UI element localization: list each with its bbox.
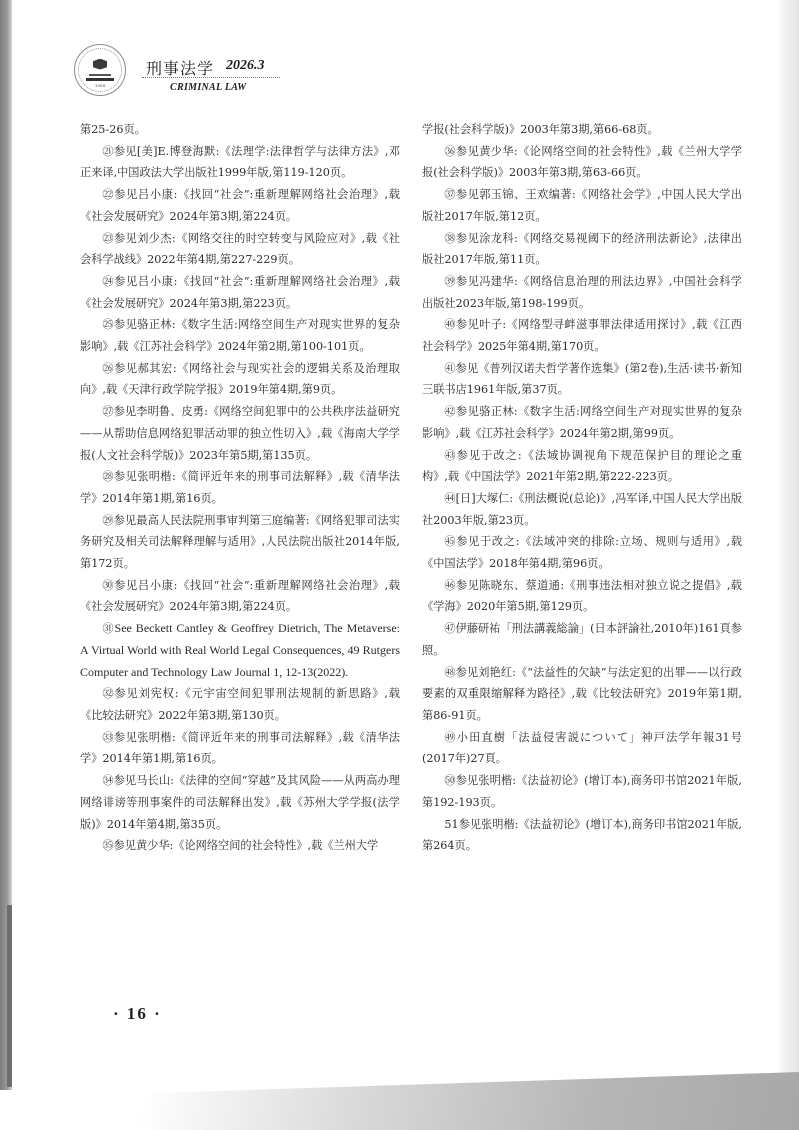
footnote-text: 参见郭玉锦、王欢编著:《网络社会学》,中国人民大学出版社2017年版,第12页。 [422, 188, 742, 223]
footnote-list: ㊱参见黄少华:《论网络空间的社会特性》,载《兰州大学学报(社会科学版)》2003… [422, 141, 742, 857]
journal-page: 1958 刑事法学 2026.3 CRIMINAL LAW 第25-26页。 ㉑… [0, 0, 799, 1130]
footnote: ㊳参见涂龙科:《网络交易视阈下的经济刑法新论》,法律出版社2017年版,第11页… [422, 228, 742, 271]
footnote: ㊸参见于改之:《法域协调视角下规范保护目的理论之重构》,载《中国法学》2021年… [422, 445, 742, 488]
footnote: ㊽参见刘艳红:《“法益性的欠缺”与法定犯的出罪——以行政要素的双重限缩解释为路径… [422, 662, 742, 727]
footnote-text: 参见刘艳红:《“法益性的欠缺”与法定犯的出罪——以行政要素的双重限缩解释为路径》… [422, 666, 742, 722]
footnote-number: ㉚ [102, 579, 114, 592]
footnote-number: ㊸ [444, 449, 456, 462]
footnote-number: ㉝ [102, 731, 114, 744]
footnote: ㊿参见张明楷:《法益初论》(增订本),商务印书馆2021年版,第192-193页… [422, 770, 742, 813]
footnote: ㉘参见张明楷:《简评近年来的刑事司法解释》,载《清华法学》2014年第1期,第1… [80, 466, 400, 509]
footnote-number: ㊻ [444, 579, 456, 592]
footnotes-left-column: 第25-26页。 ㉑参见[美]E.博登海默:《法理学:法律哲学与法律方法》,邓正… [80, 119, 400, 857]
footnote: ㊶参见《普列汉诺夫哲学著作选集》(第2卷),生活·读书·新知三联书店1961年版… [422, 358, 742, 401]
footnote-text: 参见最高人民法院刑事审判第三庭编著:《网络犯罪司法实务研究及相关司法解释理解与适… [80, 514, 400, 570]
footnote-text: 参见张明楷:《法益初论》(增订本),商务印书馆2021年版,第264页。 [422, 818, 742, 853]
footnote-number: ㉞ [102, 774, 113, 787]
footnote-number: ㊿ [444, 774, 455, 787]
footnote-text: 参见刘少杰:《网络交往的时空转变与风险应对》,载《社会科学战线》2022年第4期… [80, 232, 400, 267]
footnote: ㉝参见张明楷:《简评近年来的刑事司法解释》,载《清华法学》2014年第1期,第1… [80, 727, 400, 770]
footnote-text: 参见骆正林:《数字生活:网络空间生产对现实世界的复杂影响》,载《江苏社会科学》2… [422, 405, 742, 440]
scan-edge-left-shadow [7, 905, 12, 1087]
footnote-number: ㉖ [102, 362, 114, 375]
footnote: ㊴参见冯建华:《网络信息治理的刑法边界》,中国社会科学出版社2023年版,第19… [422, 271, 742, 314]
footnote-number: 51 [444, 818, 458, 831]
journal-issue: 2026.3 [226, 58, 265, 74]
footnote-text: 参见李明鲁、皮勇:《网络空间犯罪中的公共秩序法益研究——从帮助信息网络犯罪活动罪… [80, 405, 400, 461]
footnote-number: ㊴ [444, 275, 456, 288]
footnote: ㉖参见郝其宏:《网络社会与现实社会的逻辑关系及治理取向》,载《天津行政学院学报》… [80, 358, 400, 401]
footnote-text: 参见叶子:《网络型寻衅滋事罪法律适用探讨》,载《江西社会科学》2025年第4期,… [422, 318, 742, 353]
footnotes-right-column: 学报(社会科学版)》2003年第3期,第66-68页。 ㊱参见黄少华:《论网络空… [422, 119, 742, 857]
footnote-text: 参见于改之:《法域冲突的排除:立场、规则与适用》,载《中国法学》2018年第4期… [422, 535, 742, 570]
footnote-number: ㊶ [444, 362, 455, 375]
footnote: ㉛See Beckett Cantley & Geoffrey Dietrich… [80, 618, 400, 683]
scan-edge-bottom [0, 1072, 799, 1130]
footnote: ㊻参见陈晓东、蔡道通:《刑事违法相对独立说之提倡》,载《学海》2020年第5期,… [422, 575, 742, 618]
footnote-text: 参见刘宪权:《元宇宙空间犯罪刑法规制的新思路》,载《比较法研究》2022年第3期… [80, 687, 400, 722]
footnote-text: 参见陈晓东、蔡道通:《刑事违法相对独立说之提倡》,载《学海》2020年第5期,第… [422, 579, 742, 614]
footnote-text: 参见张明楷:《简评近年来的刑事司法解释》,载《清华法学》2014年第1期,第16… [80, 470, 400, 505]
footnote-text: 参见骆正林:《数字生活:网络空间生产对现实世界的复杂影响》,载《江苏社会科学》2… [80, 318, 400, 353]
footnote-number: ㊼ [444, 622, 455, 635]
footnote-continuation: 第25-26页。 [80, 119, 400, 141]
footnote-text: 参见[美]E.博登海默:《法理学:法律哲学与法律方法》,邓正来译,中国政法大学出… [80, 145, 400, 180]
footnote-text: 参见于改之:《法域协调视角下规范保护目的理论之重构》,载《中国法学》2021年第… [422, 449, 742, 484]
footnote: ㉙参见最高人民法院刑事审判第三庭编著:《网络犯罪司法实务研究及相关司法解释理解与… [80, 510, 400, 575]
footnote-number: ㉓ [102, 232, 114, 245]
footnote: ㊹[日]大塚仁:《刑法概说(总论)》,冯军译,中国人民大学出版社2003年版,第… [422, 488, 742, 531]
footnote-number: ㊽ [444, 666, 455, 679]
footnote: ㊺参见于改之:《法域冲突的排除:立场、规则与适用》,载《中国法学》2018年第4… [422, 531, 742, 574]
footnote: ㊵参见叶子:《网络型寻衅滋事罪法律适用探讨》,载《江西社会科学》2025年第4期… [422, 314, 742, 357]
footnote-number: ㉛ [102, 622, 114, 635]
footnote: ㊾小田直樹「法益侵害説について」神戸法学年報31号(2017年)27頁。 [422, 727, 742, 770]
footnote-text: 参见吕小康:《找回“社会”:重新理解网络社会治理》,载《社会发展研究》2024年… [80, 188, 400, 223]
footnote: ㊷参见骆正林:《数字生活:网络空间生产对现实世界的复杂影响》,载《江苏社会科学》… [422, 401, 742, 444]
footnote-number: ㊳ [444, 232, 456, 245]
footnote-number: ㊱ [444, 145, 456, 158]
footnote-number: ㉕ [102, 318, 114, 331]
footnote-number: ㊺ [444, 535, 456, 548]
footnote-text: See Beckett Cantley & Geoffrey Dietrich,… [80, 621, 400, 678]
footnote: ㉑参见[美]E.博登海默:《法理学:法律哲学与法律方法》,邓正来译,中国政法大学… [80, 141, 400, 184]
footnote-text: 参见《普列汉诺夫哲学著作选集》(第2卷),生活·读书·新知三联书店1961年版,… [422, 362, 742, 397]
footnote-text: 伊藤研祐「刑法講義総論」(日本評論社,2010年)161頁参照。 [422, 622, 742, 657]
institution-seal-icon: 1958 [74, 44, 126, 96]
page-number: · 16 · [113, 1004, 162, 1024]
footnote-text: 参见黄少华:《论网络空间的社会特性》,载《兰州大学 [114, 839, 379, 852]
footnote-text: [日]大塚仁:《刑法概说(总论)》,冯军译,中国人民大学出版社2003年版,第2… [422, 492, 742, 527]
footnote-number: ㊹ [444, 492, 455, 505]
footnote-number: ㉜ [102, 687, 114, 700]
footnote-continuation: 学报(社会科学版)》2003年第3期,第66-68页。 [422, 119, 742, 141]
footnote-text: 参见吕小康:《找回“社会”:重新理解网络社会治理》,载《社会发展研究》2024年… [80, 275, 400, 310]
footnote-number: ㉔ [102, 275, 114, 288]
footnote: 51参见张明楷:《法益初论》(增订本),商务印书馆2021年版,第264页。 [422, 814, 742, 857]
footnote: ㊼伊藤研祐「刑法講義総論」(日本評論社,2010年)161頁参照。 [422, 618, 742, 661]
footnote-list: ㉑参见[美]E.博登海默:《法理学:法律哲学与法律方法》,邓正来译,中国政法大学… [80, 141, 400, 857]
footnote-text: 小田直樹「法益侵害説について」神戸法学年報31号(2017年)27頁。 [422, 731, 742, 766]
journal-title-en: CRIMINAL LAW [170, 82, 247, 93]
footnote-text: 参见黄少华:《论网络空间的社会特性》,载《兰州大学学报(社会科学版)》2003年… [422, 145, 742, 180]
scan-edge-right [777, 0, 799, 1078]
footnote: ㉗参见李明鲁、皮勇:《网络空间犯罪中的公共秩序法益研究——从帮助信息网络犯罪活动… [80, 401, 400, 466]
journal-title: 刑事法学 [146, 56, 214, 79]
footnote: ㉒参见吕小康:《找回“社会”:重新理解网络社会治理》,载《社会发展研究》2024… [80, 184, 400, 227]
footnote: ㉓参见刘少杰:《网络交往的时空转变与风险应对》,载《社会科学战线》2022年第4… [80, 228, 400, 271]
header-divider [142, 77, 280, 78]
footnote-number: ㉙ [102, 514, 113, 527]
footnote-number: ㉒ [102, 188, 114, 201]
footnote-number: ㉟ [102, 839, 113, 852]
footnote: ㉕参见骆正林:《数字生活:网络空间生产对现实世界的复杂影响》,载《江苏社会科学》… [80, 314, 400, 357]
footnote: ㉟参见黄少华:《论网络空间的社会特性》,载《兰州大学 [80, 835, 400, 857]
footnote-text: 参见马长山:《法律的空间“穿越”及其风险——从两高办理网络诽谤等刑事案件的司法解… [80, 774, 400, 830]
footnote: ㉔参见吕小康:《找回“社会”:重新理解网络社会治理》,载《社会发展研究》2024… [80, 271, 400, 314]
footnote-number: ㉘ [102, 470, 114, 483]
footnote: ㉜参见刘宪权:《元宇宙空间犯罪刑法规制的新思路》,载《比较法研究》2022年第3… [80, 683, 400, 726]
footnote: ㉞参见马长山:《法律的空间“穿越”及其风险——从两高办理网络诽谤等刑事案件的司法… [80, 770, 400, 835]
footnote-number: ㊾ [444, 731, 456, 744]
footnote-number: ㉗ [102, 405, 113, 418]
footnote-text: 参见吕小康:《找回“社会”:重新理解网络社会治理》,载《社会发展研究》2024年… [80, 579, 400, 614]
footnote-text: 参见郝其宏:《网络社会与现实社会的逻辑关系及治理取向》,载《天津行政学院学报》2… [80, 362, 400, 397]
footnote-number: ㊵ [444, 318, 456, 331]
footnote-text: 参见张明楷:《简评近年来的刑事司法解释》,载《清华法学》2014年第1期,第16… [80, 731, 400, 766]
page-header: 1958 刑事法学 2026.3 CRIMINAL LAW [74, 44, 314, 100]
footnote-text: 参见涂龙科:《网络交易视阈下的经济刑法新论》,法律出版社2017年版,第11页。 [422, 232, 742, 267]
footnote-number: ㊷ [444, 405, 456, 418]
footnote-number: ㉑ [102, 145, 114, 158]
footnote-text: 参见冯建华:《网络信息治理的刑法边界》,中国社会科学出版社2023年版,第198… [422, 275, 742, 310]
footnote-text: 参见张明楷:《法益初论》(增订本),商务印书馆2021年版,第192-193页。 [422, 774, 742, 809]
seal-ring [78, 48, 122, 92]
footnote: ㉚参见吕小康:《找回“社会”:重新理解网络社会治理》,载《社会发展研究》2024… [80, 575, 400, 618]
footnote: ㊲参见郭玉锦、王欢编著:《网络社会学》,中国人民大学出版社2017年版,第12页… [422, 184, 742, 227]
footnote: ㊱参见黄少华:《论网络空间的社会特性》,载《兰州大学学报(社会科学版)》2003… [422, 141, 742, 184]
footnote-number: ㊲ [444, 188, 456, 201]
